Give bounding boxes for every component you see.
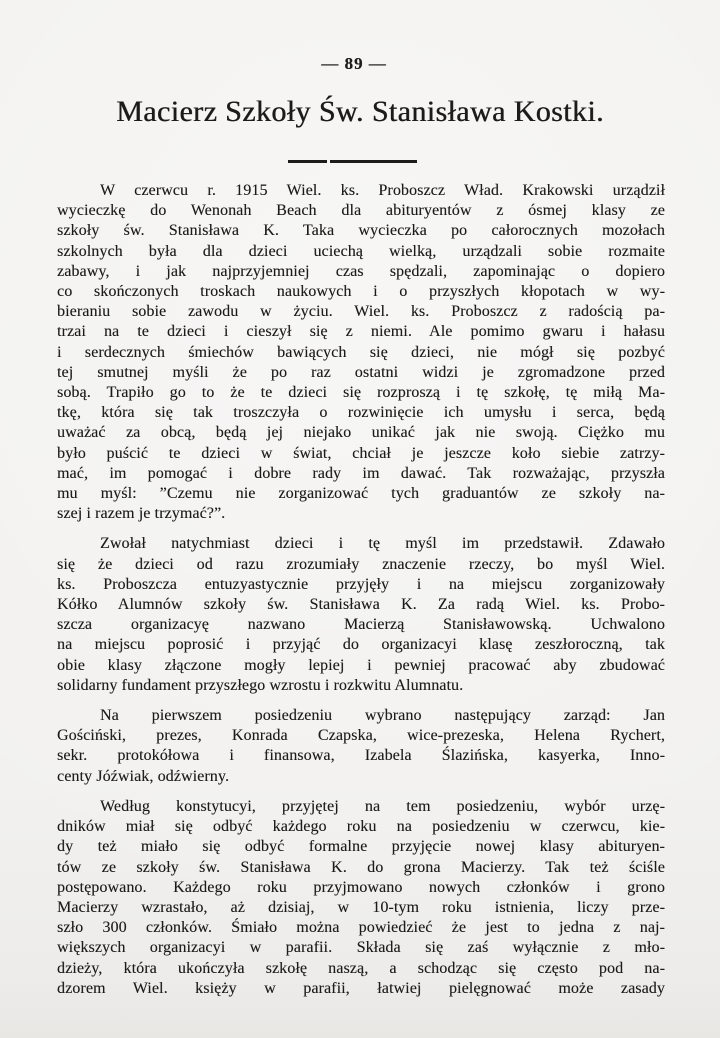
paragraph: W czerwcu r. 1915 Wiel. ks. Proboszcz Wł…	[57, 181, 665, 524]
divider-segment	[288, 160, 327, 163]
text-line: centy Jóźwiak, odźwierny.	[57, 767, 665, 787]
text-line: uważać za obcą, będą jej niejako unikać …	[57, 423, 665, 443]
text-line: szło 300 członków. Śmiało można powiedzi…	[57, 918, 665, 938]
text-line: tkę, która się tak troszczyła o rozwinię…	[57, 403, 665, 423]
paragraph: Zwołał natychmiast dzieci i tę myśl im p…	[57, 534, 665, 696]
page-number: — 89 —	[0, 54, 714, 74]
text-line: postępowano. Każdego roku przyjmowano no…	[57, 878, 665, 898]
text-line: wycieczkę do Wenonah Beach dla abituryen…	[57, 201, 665, 221]
text-line: obie klasy złączone mogły lepiej i pewni…	[57, 656, 665, 676]
text-line: trzai na te dzieci i cieszył się z niemi…	[57, 322, 665, 342]
text-line: dy też miało się odbyć formalne przyjęci…	[57, 837, 665, 857]
text-line: bieraniu sobie zawodu w życiu. Wiel. ks.…	[57, 302, 665, 322]
divider-segment	[330, 160, 417, 163]
text-line: mać, im pomogać i dobre rady im dawać. T…	[57, 464, 665, 484]
text-line: większych organizacyi w parafii. Składa …	[57, 938, 665, 958]
text-line: szkolnych była dla dzieci uciechą wielką…	[57, 242, 665, 262]
text-line: Kółko Alumnów szkoły św. Stanisława K. Z…	[57, 595, 665, 615]
text-line: tej smutnej myśli że po raz ostatni widz…	[57, 363, 665, 383]
page-title: Macierz Szkoły Św. Stanisława Kostki.	[0, 95, 720, 129]
text-line: Według konstytucyi, przyjętej na tem pos…	[57, 797, 665, 817]
title-divider	[288, 160, 417, 163]
text-line: W czerwcu r. 1915 Wiel. ks. Proboszcz Wł…	[57, 181, 665, 201]
text-line: tów ze szkoły św. Stanisława K. do grona…	[57, 858, 665, 878]
text-line: na miejscu poprosić i przyjąć do organiz…	[57, 635, 665, 655]
paragraph: Na pierwszem posiedzeniu wybrano następu…	[57, 706, 665, 787]
text-line: Na pierwszem posiedzeniu wybrano następu…	[57, 706, 665, 726]
text-line: Gościński, prezes, Konrada Czapska, wice…	[57, 726, 665, 746]
text-line: Zwołał natychmiast dzieci i tę myśl im p…	[57, 534, 665, 554]
text-line: dzorem Wiel. księży w parafii, łatwiej p…	[57, 979, 665, 999]
text-line: sobą. Trapiło go to że te dzieci się roz…	[57, 383, 665, 403]
text-line: mu myśl: ”Czemu nie zorganizować tych gr…	[57, 484, 665, 504]
text-line: solidarny fundament przyszłego wzrostu i…	[57, 676, 665, 696]
text-line: sekr. protokółowa i finansowa, Izabela Ś…	[57, 746, 665, 766]
scanned-book-page: — 89 — Macierz Szkoły Św. Stanisława Kos…	[0, 0, 720, 1038]
text-line: co skończonych troskach naukowych i o pr…	[57, 282, 665, 302]
body-text: W czerwcu r. 1915 Wiel. ks. Proboszcz Wł…	[57, 181, 665, 999]
text-line: dników miał się odbyć każdego roku na po…	[57, 817, 665, 837]
text-line: szej i razem je trzymać?”.	[57, 504, 665, 524]
text-line: było puścić te dzieci w świat, chciał je…	[57, 444, 665, 464]
text-line: szcza organizacyę nazwano Macierzą Stani…	[57, 615, 665, 635]
paragraph: Według konstytucyi, przyjętej na tem pos…	[57, 797, 665, 999]
text-line: i serdecznych śmiechów bawiących się dzi…	[57, 343, 665, 363]
text-line: zabawy, i jak najprzyjemniej czas spędza…	[57, 262, 665, 282]
text-line: szkoły św. Stanisława K. Taka wycieczka …	[57, 221, 665, 241]
text-line: ks. Proboszcza entuzyastycznie przyjęły …	[57, 575, 665, 595]
text-line: się że dzieci od razu zrozumiały znaczen…	[57, 555, 665, 575]
text-line: Macierzy wzrastało, aż dzisiaj, w 10-tym…	[57, 898, 665, 918]
text-line: dzieży, która ukończyła szkołę naszą, a …	[57, 959, 665, 979]
